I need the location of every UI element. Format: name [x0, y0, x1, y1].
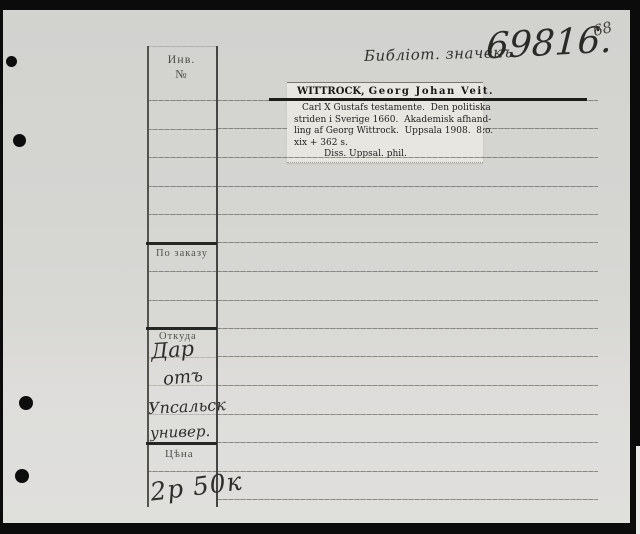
price-label: Цѣна	[165, 448, 215, 460]
ruled-line-column	[147, 300, 217, 301]
ruled-line	[217, 499, 598, 500]
label-body-line: ling af Georg Wittrock. Uppsala 1908. 8:…	[294, 126, 479, 138]
label-heading: WITTROCK,Georg Johan Veit.	[297, 86, 494, 97]
ruled-line	[217, 414, 598, 415]
punch-hole-2	[13, 134, 26, 147]
section-separator	[146, 242, 217, 245]
section-separator	[146, 327, 217, 330]
origin-handwriting-line: Упсальск	[148, 395, 227, 418]
ruled-line	[217, 356, 598, 357]
column-left-border	[147, 46, 149, 507]
label-body: Carl X Gustafs testamente. Den politiska…	[294, 103, 479, 161]
column-divider	[216, 46, 218, 507]
ruled-line-column	[147, 46, 217, 47]
ruled-line	[217, 271, 598, 272]
label-body-line: xix + 362 s.	[294, 138, 479, 150]
ruled-line	[217, 157, 598, 158]
inventory-number-label: Инв. №	[147, 52, 216, 82]
scanned-catalog-card-page: { "header": { "library_mark_label": "Биб…	[0, 0, 640, 534]
ruled-line	[217, 442, 598, 443]
order-label: По заказу	[149, 248, 215, 259]
label-heading-given-names: Georg Johan Veit.	[369, 86, 495, 97]
origin-handwriting-line: Дар	[150, 337, 195, 364]
ruled-line	[217, 186, 598, 187]
ruled-line	[217, 385, 598, 386]
catalog-card: Библіот. значекъ. 69816. 68 Инв. № По за…	[3, 10, 630, 523]
label-note: Diss. Uppsal. phil.	[294, 149, 479, 161]
punch-hole-4	[15, 469, 29, 483]
label-body-line: striden i Sverige 1660. Akademisk afhand…	[294, 115, 479, 127]
ruled-line-column	[147, 186, 217, 187]
punch-hole-3	[19, 396, 33, 410]
inventory-label-line2: №	[147, 67, 216, 82]
ruled-line-column	[147, 157, 217, 158]
ruled-line	[217, 214, 598, 215]
ruled-line-column	[147, 271, 217, 272]
label-heading-surname: WITTROCK,	[297, 86, 365, 97]
ruled-line	[217, 471, 598, 472]
origin-handwriting-line: отъ	[162, 365, 204, 390]
inventory-label-line1: Инв.	[147, 52, 216, 67]
price-handwriting: 2р 50к	[149, 466, 244, 506]
ruled-line-column	[147, 100, 217, 101]
punch-hole-1	[6, 56, 17, 67]
origin-handwriting-line: универ.	[150, 422, 211, 442]
ruled-line-column	[147, 214, 217, 215]
ruled-line	[217, 242, 598, 243]
ruled-line	[217, 328, 598, 329]
section-separator	[146, 442, 217, 445]
scan-edge-sliver	[636, 446, 640, 534]
ruled-line	[217, 300, 598, 301]
printed-catalog-label: WITTROCK,Georg Johan Veit. Carl X Gustaf…	[287, 82, 483, 163]
ruled-line-column	[147, 129, 217, 130]
heading-underline-rule	[269, 98, 587, 101]
label-body-line: Carl X Gustafs testamente. Den politiska	[294, 103, 479, 115]
